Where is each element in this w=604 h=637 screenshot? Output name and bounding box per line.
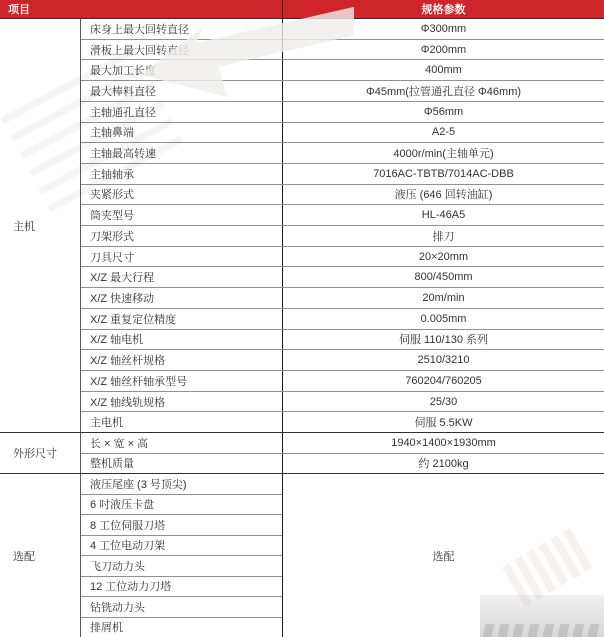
row-value: 25/30: [282, 392, 604, 412]
header-cell-item: 项目: [0, 0, 282, 18]
row-value: 400mm: [282, 60, 604, 80]
row-label: X/Z 快速移动: [81, 288, 282, 308]
table-row: X/Z 重复定位精度0.005mm: [81, 309, 604, 330]
row-label: 滑板上最大回转直径: [81, 40, 282, 60]
row-label: 6 吋液压卡盘: [81, 495, 282, 515]
row-label: 床身上最大回转直径: [81, 19, 282, 39]
table-row: 6 吋液压卡盘: [81, 495, 282, 516]
row-value: 2510/3210: [282, 350, 604, 370]
table-header: 项目 规格参数: [0, 0, 604, 19]
table-row: X/Z 最大行程800/450mm: [81, 267, 604, 288]
table-row: 床身上最大回转直径Φ300mm: [81, 19, 604, 40]
row-value: Φ200mm: [282, 40, 604, 60]
row-value: 伺服 5.5KW: [282, 412, 604, 432]
row-label: X/Z 最大行程: [81, 267, 282, 287]
row-label: 刀架形式: [81, 226, 282, 246]
row-value: 7016AC-TBTB/7014AC-DBB: [282, 164, 604, 184]
row-label: 长 × 宽 × 高: [81, 433, 282, 453]
row-label: X/Z 轴丝杆规格: [81, 350, 282, 370]
category-label: 主机: [0, 19, 80, 432]
row-label: 最大加工长度: [81, 60, 282, 80]
row-label: 排屑机: [81, 618, 282, 637]
row-label: 飞刀动力头: [81, 556, 282, 576]
row-label: 主轴鼻端: [81, 123, 282, 143]
row-label: 液压尾座 (3 号顶尖): [81, 474, 282, 494]
table-row: 主轴最高转速4000r/min(主轴单元): [81, 143, 604, 164]
table-row: 筒夹型号HL-46A5: [81, 205, 604, 226]
row-value: 约 2100kg: [282, 454, 604, 474]
row-value: 20×20mm: [282, 247, 604, 267]
merged-value: 选配: [282, 474, 604, 637]
row-label: 4 工位电动刀架: [81, 536, 282, 556]
row-value: Φ300mm: [282, 19, 604, 39]
row-label: X/Z 轴线轨规格: [81, 392, 282, 412]
table-row: 主电机伺服 5.5KW: [81, 412, 604, 432]
table-row: 滑板上最大回转直径Φ200mm: [81, 40, 604, 61]
table-row: 飞刀动力头: [81, 556, 282, 577]
row-label: 12 工位动力刀塔: [81, 577, 282, 597]
row-label: 整机质量: [81, 454, 282, 474]
table-body: 主机床身上最大回转直径Φ300mm滑板上最大回转直径Φ200mm最大加工长度40…: [0, 19, 604, 637]
table-row: 12 工位动力刀塔: [81, 577, 282, 598]
rows-column: 液压尾座 (3 号顶尖)6 吋液压卡盘8 工位伺服刀塔4 工位电动刀架飞刀动力头…: [80, 474, 282, 637]
table-row: 4 工位电动刀架: [81, 536, 282, 557]
table-row: 最大加工长度400mm: [81, 60, 604, 81]
section-main-machine: 主机床身上最大回转直径Φ300mm滑板上最大回转直径Φ200mm最大加工长度40…: [0, 19, 604, 433]
row-label: 主电机: [81, 412, 282, 432]
table-row: 排屑机: [81, 618, 282, 637]
row-value: Φ56mm: [282, 102, 604, 122]
row-value: 800/450mm: [282, 267, 604, 287]
row-label: 夹紧形式: [81, 185, 282, 205]
row-value: Φ45mm(拉管通孔直径 Φ46mm): [282, 81, 604, 101]
row-value: HL-46A5: [282, 205, 604, 225]
category-label: 外形尺寸: [0, 433, 80, 473]
table-row: 8 工位伺服刀塔: [81, 515, 282, 536]
row-value: 760204/760205: [282, 371, 604, 391]
table-row: 整机质量约 2100kg: [81, 454, 604, 474]
table-row: 夹紧形式液压 (646 回转油缸): [81, 185, 604, 206]
table-row: 主轴通孔直径Φ56mm: [81, 102, 604, 123]
row-label: X/Z 轴电机: [81, 330, 282, 350]
table-row: 液压尾座 (3 号顶尖): [81, 474, 282, 495]
section-dimensions: 外形尺寸长 × 宽 × 高1940×1400×1930mm整机质量约 2100k…: [0, 433, 604, 474]
row-value: 1940×1400×1930mm: [282, 433, 604, 453]
section-optional: 选配液压尾座 (3 号顶尖)6 吋液压卡盘8 工位伺服刀塔4 工位电动刀架飞刀动…: [0, 474, 604, 637]
row-label: 主轴通孔直径: [81, 102, 282, 122]
rows-column: 床身上最大回转直径Φ300mm滑板上最大回转直径Φ200mm最大加工长度400m…: [80, 19, 604, 432]
rows-column: 长 × 宽 × 高1940×1400×1930mm整机质量约 2100kg: [80, 433, 604, 473]
table-row: X/Z 轴电机伺服 110/130 系列: [81, 330, 604, 351]
table-row: X/Z 快速移动20m/min: [81, 288, 604, 309]
header-cell-spec: 规格参数: [282, 0, 604, 18]
row-label: 筒夹型号: [81, 205, 282, 225]
row-label: 刀具尺寸: [81, 247, 282, 267]
row-value: 排刀: [282, 226, 604, 246]
row-value: 液压 (646 回转油缸): [282, 185, 604, 205]
table-row: X/Z 轴丝杆轴承型号760204/760205: [81, 371, 604, 392]
spec-sheet: 项目 规格参数 主机床身上最大回转直径Φ300mm滑板上最大回转直径Φ200mm…: [0, 0, 604, 637]
row-label: 主轴最高转速: [81, 143, 282, 163]
row-value: 20m/min: [282, 288, 604, 308]
table-row: 长 × 宽 × 高1940×1400×1930mm: [81, 433, 604, 454]
row-value: 伺服 110/130 系列: [282, 330, 604, 350]
row-label: 钻铣动力头: [81, 597, 282, 617]
row-label: 8 工位伺服刀塔: [81, 515, 282, 535]
row-value: 4000r/min(主轴单元): [282, 143, 604, 163]
table-row: 钻铣动力头: [81, 597, 282, 618]
row-label: X/Z 轴丝杆轴承型号: [81, 371, 282, 391]
table-row: 主轴鼻端A2-5: [81, 123, 604, 144]
table-row: 主轴轴承7016AC-TBTB/7014AC-DBB: [81, 164, 604, 185]
row-label: 主轴轴承: [81, 164, 282, 184]
category-label: 选配: [0, 474, 80, 637]
table-row: 最大棒料直径Φ45mm(拉管通孔直径 Φ46mm): [81, 81, 604, 102]
table-row: X/Z 轴丝杆规格2510/3210: [81, 350, 604, 371]
row-value: 0.005mm: [282, 309, 604, 329]
table-row: 刀架形式排刀: [81, 226, 604, 247]
table-row: 刀具尺寸20×20mm: [81, 247, 604, 268]
row-value: A2-5: [282, 123, 604, 143]
row-label: 最大棒料直径: [81, 81, 282, 101]
table-row: X/Z 轴线轨规格25/30: [81, 392, 604, 413]
row-label: X/Z 重复定位精度: [81, 309, 282, 329]
